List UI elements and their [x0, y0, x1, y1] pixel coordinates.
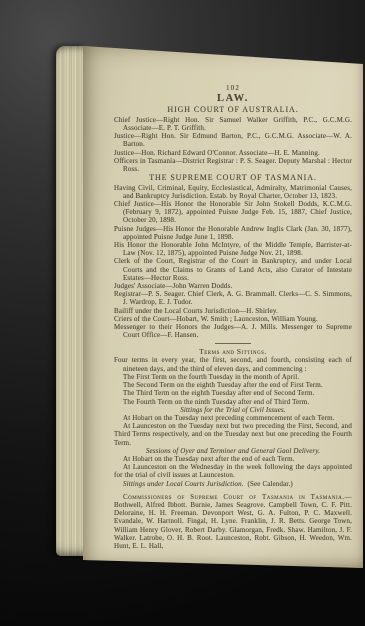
page-title: LAW. [114, 93, 352, 105]
oyer-terminer-subheading: Sessions of Oyer and Terminer and Genera… [114, 447, 352, 455]
high-court-entry: Justice—Hon. Richard Edward O'Connor. As… [114, 149, 352, 157]
supreme-court-entry: Criers of the Court—Hobart, W. Smith ; L… [114, 315, 352, 323]
supreme-court-entry: Messenger to their Honors the Judges—A. … [114, 323, 352, 339]
scanned-page: 102 LAW. HIGH COURT OF AUSTRALIA. Chief … [83, 42, 363, 568]
local-courts-note: Sittings under Local Courts Jurisdiction… [114, 480, 352, 488]
supreme-court-entry: Judges' Associate—John Warren Dodds. [114, 282, 352, 290]
supreme-court-heading: THE SUPREME COURT OF TASMANIA. [114, 173, 352, 184]
civil-issues-line: At Hobart on the Tuesday next preceding … [114, 414, 352, 422]
supreme-court-entry: Registrar—P. S. Seager. Chief Clerk, A. … [114, 290, 352, 306]
page-number: 102 [114, 84, 352, 92]
supreme-court-entry: Chief Justice—His Honor the Honorable Si… [114, 200, 352, 225]
supreme-court-entry: His Honor the Honorable John McIntyre, o… [114, 241, 352, 257]
term-line: The First Term on the fourth Tuesday in … [114, 373, 352, 381]
oyer-terminer-line: At Launceston on the Wednesday in the we… [114, 463, 352, 479]
oyer-terminer-line: At Hobart on the Tuesday next after the … [114, 455, 352, 463]
high-court-entry: Officers in Tasmania—District Registrar … [114, 157, 352, 173]
civil-issues-subheading: Sittings for the Trial of Civil Issues. [114, 406, 352, 414]
book-page-edges [56, 46, 85, 556]
high-court-heading: HIGH COURT OF AUSTRALIA. [114, 105, 352, 116]
supreme-court-entry: Puisne Judges—His Honor the Honorable An… [114, 225, 352, 241]
page-text-block: 102 LAW. HIGH COURT OF AUSTRALIA. Chief … [114, 84, 352, 550]
term-line: The Fourth Term on the ninth Tuesday aft… [114, 398, 352, 406]
high-court-entry: Chief Justice—Right Hon. Sir Samuel Walk… [114, 116, 352, 132]
section-divider-rule [215, 343, 251, 344]
civil-issues-line: At Launceston on the Tuesday next but tw… [114, 422, 352, 447]
local-courts-note-italic: Sittings under Local Courts Jurisdiction… [123, 480, 244, 488]
terms-intro: Four terms in every year, the first, sec… [114, 356, 352, 372]
commissioners-lead: Commissioners of Supreme Court of Tasman… [123, 493, 352, 501]
term-line: The Second Term on the eighth Tuesday af… [114, 381, 352, 389]
supreme-court-entry: Bailiff under the Local Courts Jurisdict… [114, 307, 352, 315]
supreme-court-entry: Clerk of the Court, Registrar of the Cou… [114, 257, 352, 282]
term-line: The Third Term on the eighth Tuesday aft… [114, 389, 352, 397]
local-courts-note-ref: (See Calendar.) [248, 480, 293, 488]
terms-and-sittings-heading: Terms and Sittings. [114, 347, 352, 356]
commissioners-list: Bothwell, Alfred Ibbott. Burnie, James S… [114, 501, 352, 550]
high-court-entry: Justice—Right Hon. Sir Edmund Barton, P.… [114, 132, 352, 148]
commissioners-paragraph: Commissioners of Supreme Court of Tasman… [114, 493, 352, 550]
supreme-court-entry: Having Civil, Criminal, Equity, Ecclesia… [114, 184, 352, 200]
